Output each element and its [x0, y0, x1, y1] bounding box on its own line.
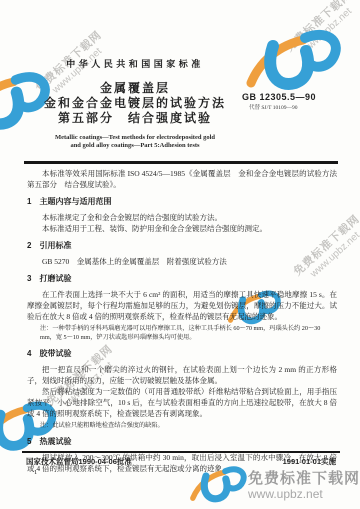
- section-note: 注：此试验只能粗略地检查结合强度的缺陷。: [40, 421, 337, 430]
- referenced-standard: GB 5270 金属基体上的金属覆盖层 附着强度试验方法: [27, 256, 337, 267]
- section-heading-5: 5 热震试验: [27, 437, 337, 447]
- approval-text: 国家技术监督局1990-04-06批准: [26, 456, 132, 467]
- title-line-2: 金和金合金电镀层的试验方法: [0, 96, 270, 111]
- body-paragraph: 在工件表面上选择一块不大于 6 cm² 的面积，用适当的摩擦工具快速平稳地摩擦 …: [27, 289, 337, 322]
- title-line-3: 第五部分 结合强度试验: [0, 111, 270, 126]
- title-english-line-1: Metallic coatings—Test methods for elect…: [0, 134, 270, 142]
- watermark-site-name: 免费标准下载网: [273, 0, 360, 64]
- title-line-1: 金属覆盖层: [0, 81, 270, 96]
- document-header: 中华人民共和国国家标准 金属覆盖层 金和金合金电镀层的试验方法 第五部分 结合强…: [0, 57, 270, 150]
- document-page: 免费标准下载网 www.upbz.net 免费标准下载网 www.upbz.ne…: [0, 0, 360, 509]
- brand-site-name: 免费标准下载网: [248, 471, 360, 488]
- body-paragraph: 把一把直尺和一个磨尖的淬过火的钢针，在试验表面上划一个边长为 2 mm 的正方形…: [27, 364, 337, 386]
- title-english: Metallic coatings—Test methods for elect…: [0, 134, 270, 150]
- watermark-site-url: www.upbz.net: [282, 0, 360, 73]
- body-paragraph: 然后将粘结强度为一定数值的（可用普通胶带纸）纤维粘结带粘合到试验面上，用手指压紧…: [27, 386, 337, 419]
- document-body: 本标准等效采用国际标准 ISO 4524/5—1985《金属覆盖层 金和金合金电…: [27, 168, 337, 474]
- section-heading-1: 1 主题内容与适用范围: [27, 197, 337, 207]
- header-divider: [24, 161, 338, 164]
- upbz-brand: 免费标准下载网 www.upbz.net: [188, 464, 360, 508]
- brand-text: 免费标准下载网 www.upbz.net: [248, 471, 360, 502]
- section-heading-3: 3 打磨试验: [27, 274, 337, 284]
- title-english-line-2: and gold alloy coatings—Part 5:Adhesion …: [0, 142, 270, 150]
- section-heading-2: 2 引用标准: [27, 241, 337, 251]
- watermark: 免费标准下载网 www.upbz.net: [273, 0, 360, 73]
- section-heading-4: 4 胶带试验: [27, 349, 337, 359]
- section-note: 注：一种带手柄的牙科玛瑙磨光器可以用作摩擦工具，这种工具手柄长 60～70 mm…: [40, 324, 337, 342]
- body-paragraph: 本标准适用于工程、装饰、防护用金和金合金镀层结合强度的测定。: [27, 223, 337, 234]
- standard-number-block: GB 12305.5—90 代替 SJ/T 10109—90: [242, 92, 358, 111]
- page-number: 1: [34, 469, 37, 476]
- intro-paragraph: 本标准等效采用国际标准 ISO 4524/5—1985《金属覆盖层 金和金合金电…: [27, 168, 337, 190]
- standard-number: GB 12305.5—90: [242, 92, 358, 102]
- replaces-note: 代替 SJ/T 10109—90: [242, 103, 358, 111]
- brand-site-url: www.upbz.net: [248, 487, 360, 501]
- upbz-logo-icon: [188, 464, 248, 508]
- national-standard-label: 中华人民共和国国家标准: [0, 57, 270, 70]
- body-paragraph: 本标准规定了金和金合金镀层的结合强度的试验方法。: [27, 212, 337, 223]
- footer-divider: [22, 451, 340, 453]
